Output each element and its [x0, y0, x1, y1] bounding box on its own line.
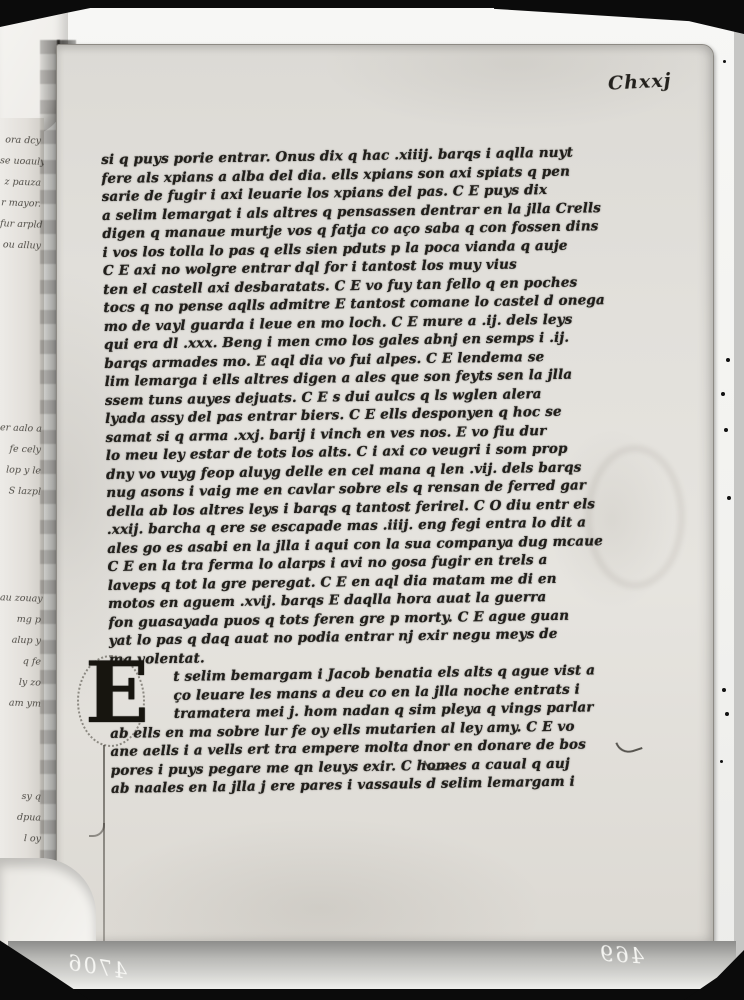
margin-fragment: r mayor. — [0, 192, 44, 215]
facing-page-edge: ora dcyse uoaulyz pauzar mayor.fur arpld… — [0, 118, 44, 910]
dust-speck — [725, 712, 729, 716]
margin-fragment: ou alluy — [0, 234, 44, 257]
initial-letter-e: E — [85, 651, 149, 735]
photo-frame-bottom — [0, 989, 744, 1000]
dust-speck — [724, 428, 728, 432]
margin-fragments-group: au zouaymg palup yq fely zoam ym — [0, 588, 44, 714]
plate-right-edge — [734, 0, 744, 1000]
manuscript-text-block: si q puys porie entrar. Onus dix q hac .… — [101, 142, 663, 798]
margin-fragment: lop y le — [0, 459, 44, 482]
margin-fragment: q fe — [0, 650, 44, 673]
plate-number-left: 4706 — [65, 950, 129, 983]
margin-fragment: ly zo — [0, 671, 44, 694]
dust-speck — [722, 688, 726, 692]
margin-fragment: alup y — [0, 629, 44, 652]
dust-speck — [723, 60, 726, 63]
margin-fragment: au zouay — [0, 587, 44, 610]
margin-fragment: sy q — [0, 785, 44, 808]
margin-fragment: se uoauly — [0, 150, 44, 173]
negative-bottom-band: 4706 469 — [8, 941, 736, 990]
plate-number-right: 469 — [597, 941, 645, 968]
margin-fragment: dpua — [0, 806, 44, 829]
margin-fragments-group: sy qdpual oy — [0, 786, 44, 849]
margin-fragment: fur arpld — [0, 213, 44, 236]
margin-fragment: ora dcy — [0, 129, 44, 152]
folio-number: Chxxj — [607, 69, 672, 94]
dust-speck — [726, 358, 730, 362]
margin-fragments-group: ora dcyse uoaulyz pauzar mayor.fur arpld… — [0, 130, 44, 256]
margin-fragments-group: er aalo afe celylop y leS lazpl — [0, 418, 44, 502]
dust-speck — [727, 496, 731, 500]
margin-fragment: mg p — [0, 608, 44, 631]
decorated-initial: E — [81, 657, 139, 741]
margin-fragment: fe cely — [0, 438, 44, 461]
manuscript-page: Chxxj si q puys porie entrar. Onus dix q… — [56, 44, 714, 945]
margin-fragment: S lazpl — [0, 480, 44, 503]
margin-fragment: er aalo a — [0, 417, 44, 440]
margin-fragment: z pauza — [0, 171, 44, 194]
margin-fragment: am ym — [0, 692, 44, 715]
margin-fragment: l oy — [0, 827, 44, 850]
dust-speck — [721, 392, 725, 396]
dust-speck — [720, 760, 723, 763]
marginal-penwork-tail — [103, 745, 105, 945]
